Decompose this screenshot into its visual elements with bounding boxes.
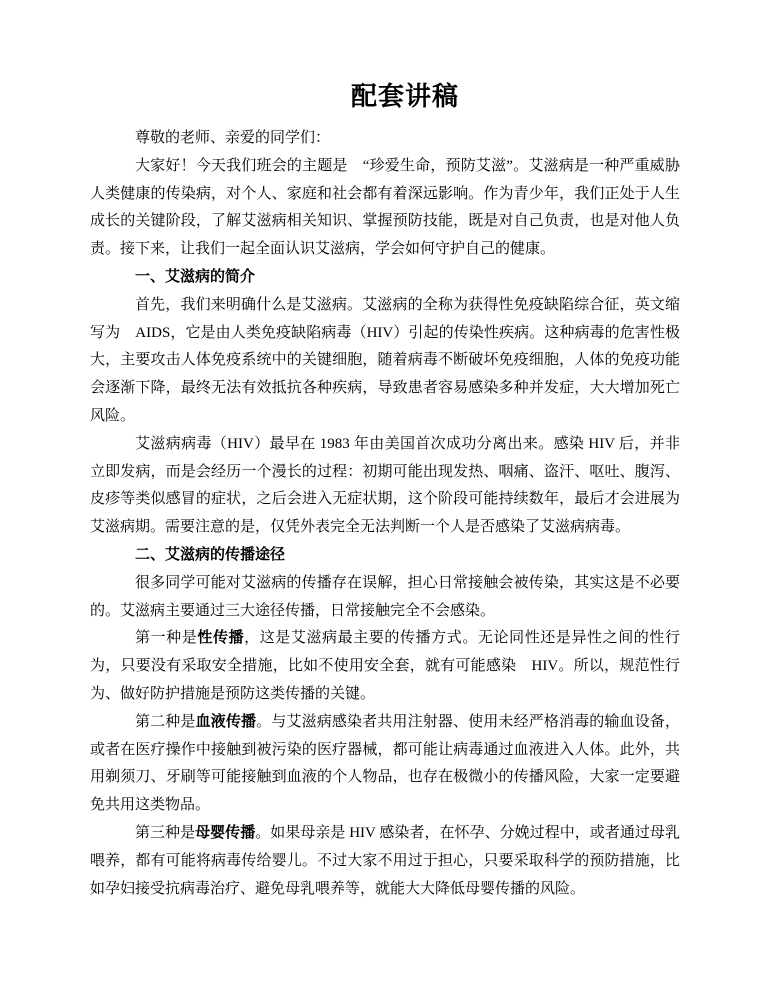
document-title: 配套讲稿 (130, 81, 680, 113)
bold-run: 性传播 (197, 630, 244, 646)
paragraph: 大家好！今天我们班会的主题是 “珍爱生命，预防艾滋”。艾滋病是一种严重威胁人类健… (90, 153, 680, 264)
text-run: 第二种是 (135, 714, 196, 730)
text-run: 很多同学可能对艾滋病的传播存在误解，担心日常接触会被传染，其实这是不必要的。艾滋… (90, 575, 680, 619)
section-heading: 二、艾滋病的传播途径 (90, 542, 680, 570)
section-heading: 一、艾滋病的简介 (90, 264, 680, 292)
bold-run: 血液传播 (196, 714, 257, 730)
paragraph: 艾滋病病毒（HIV）最早在 1983 年由美国首次成功分离出来。感染 HIV 后… (90, 431, 680, 542)
paragraph: 很多同学可能对艾滋病的传播存在误解，担心日常接触会被传染，其实这是不必要的。艾滋… (90, 570, 680, 626)
bold-run: 母婴传播 (195, 825, 255, 841)
text-run: 大家好！今天我们班会的主题是 “珍爱生命，预防艾滋”。艾滋病是一种严重威胁人类健… (90, 158, 680, 257)
paragraph: 尊敬的老师、亲爱的同学们： (90, 125, 680, 153)
bold-run: 二、艾滋病的传播途径 (135, 547, 285, 563)
document-body: 尊敬的老师、亲爱的同学们：大家好！今天我们班会的主题是 “珍爱生命，预防艾滋”。… (90, 125, 680, 903)
paragraph: 第三种是母婴传播。如果母亲是 HIV 感染者，在怀孕、分娩过程中，或者通过母乳喂… (90, 820, 680, 903)
paragraph: 首先，我们来明确什么是艾滋病。艾滋病的全称为获得性免疫缺陷综合征，英文缩写为 A… (90, 292, 680, 431)
bold-run: 一、艾滋病的简介 (135, 269, 255, 285)
text-run: 第一种是 (135, 630, 197, 646)
paragraph: 第一种是性传播，这是艾滋病最主要的传播方式。无论同性还是异性之间的性行为，只要没… (90, 625, 680, 708)
paragraph: 第二种是血液传播。与艾滋病感染者共用注射器、使用未经严格消毒的输血设备，或者在医… (90, 709, 680, 820)
text-run: 第三种是 (135, 825, 195, 841)
text-run: 尊敬的老师、亲爱的同学们： (135, 130, 330, 146)
text-run: 首先，我们来明确什么是艾滋病。艾滋病的全称为获得性免疫缺陷综合征，英文缩写为 A… (90, 297, 680, 424)
text-run: 艾滋病病毒（HIV）最早在 1983 年由美国首次成功分离出来。感染 HIV 后… (90, 436, 680, 535)
document-page: 配套讲稿 尊敬的老师、亲爱的同学们：大家好！今天我们班会的主题是 “珍爱生命，预… (0, 0, 770, 1000)
